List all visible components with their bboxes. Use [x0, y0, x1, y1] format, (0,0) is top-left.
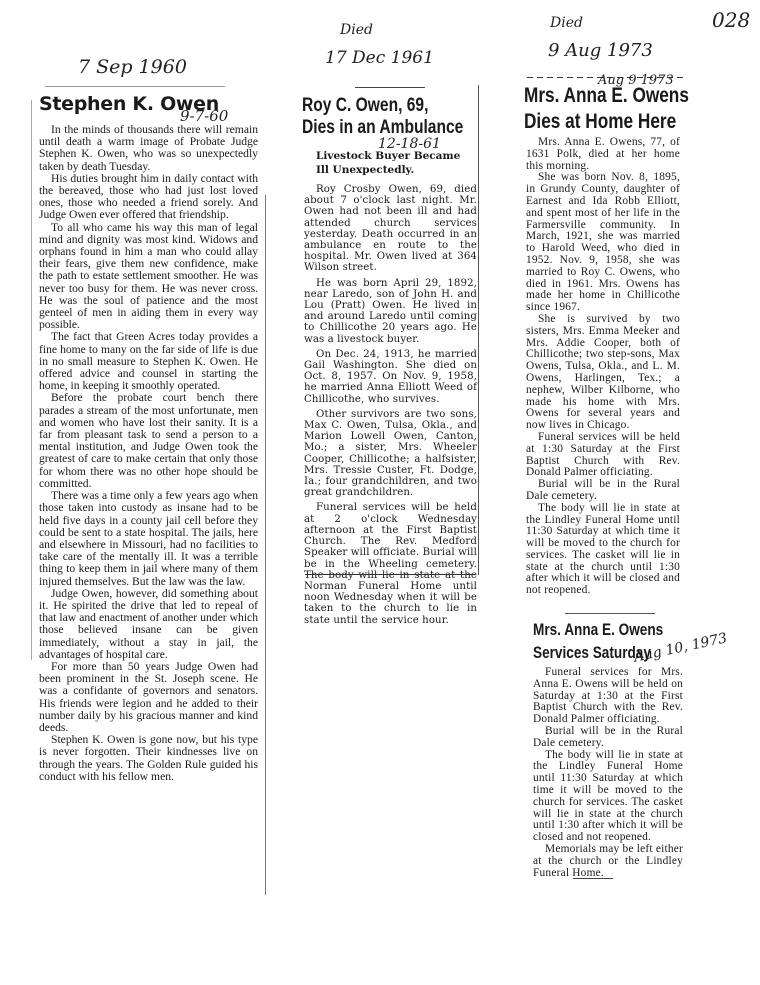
paragraph: Funeral services will be held at 1:30 Sa…	[526, 432, 680, 479]
clipping-border-left	[31, 100, 32, 660]
handwritten-date: 17 Dec 1961	[325, 48, 434, 68]
article-body: In the minds of thousands there will rem…	[39, 124, 258, 783]
headline-line1: Mrs. Anna E. Owens	[533, 620, 663, 640]
paragraph: The body will lie in state at the Lindle…	[526, 503, 680, 597]
headline-line2: Dies at Home Here	[524, 110, 676, 134]
paragraph: Funeral services will be held at 2 o'clo…	[304, 502, 477, 625]
clipping-top-rule	[45, 86, 225, 87]
headline-line1: Mrs. Anna E. Owens	[524, 84, 689, 108]
handwritten-note: Died	[550, 15, 583, 31]
paragraph: Stephen K. Owen is gone now, but his typ…	[39, 734, 258, 783]
paragraph: She is survived by two sisters, Mrs. Emm…	[526, 314, 680, 432]
article-body: Roy Crosby Owen, 69, died about 7 o'cloc…	[304, 184, 477, 626]
clipping-border-right	[478, 85, 479, 575]
paragraph: Burial will be in the Rural Dale cemeter…	[533, 726, 683, 750]
paragraph: Roy Crosby Owen, 69, died about 7 o'cloc…	[304, 184, 477, 274]
paragraph: The body will lie in state at the Lindle…	[533, 750, 683, 844]
paragraph: In the minds of thousands there will rem…	[39, 124, 258, 173]
handwritten-note: Died	[340, 22, 373, 38]
paragraph: For more than 50 years Judge Owen had be…	[39, 661, 258, 734]
headline-line1: Roy C. Owen, 69,	[302, 95, 428, 117]
clipping-border-right	[265, 195, 266, 895]
paragraph: He was born April 29, 1892, near Laredo,…	[304, 278, 477, 345]
clipping-bottom-rule	[573, 878, 613, 879]
paragraph: To all who came his way this man of lega…	[39, 222, 258, 332]
paragraph: On Dec. 24, 1913, he married Gail Washin…	[304, 349, 477, 405]
subheadline-line2: Ill Unexpectedly.	[316, 162, 414, 178]
article-body: Funeral services for Mrs. Anna E. Owens …	[533, 667, 683, 879]
paragraph: Memorials may be left either at the chur…	[533, 844, 683, 879]
clipping-top-rule	[565, 613, 655, 614]
paragraph: Mrs. Anna E. Owens, 77, of 1631 Polk, di…	[526, 137, 680, 172]
paragraph: There was a time only a few years ago wh…	[39, 490, 258, 588]
article-body: Mrs. Anna E. Owens, 77, of 1631 Polk, di…	[526, 137, 680, 597]
paragraph: Judge Owen, however, did something about…	[39, 588, 258, 661]
paragraph: Before the probate court bench there par…	[39, 392, 258, 490]
paragraph: Other survivors are two sons, Max C. Owe…	[304, 409, 477, 499]
paragraph: His duties brought him in daily contact …	[39, 173, 258, 222]
clipping-top-rule	[355, 87, 425, 88]
paragraph: Funeral services for Mrs. Anna E. Owens …	[533, 667, 683, 726]
paragraph: She was born Nov. 8, 1895, in Grundy Cou…	[526, 172, 680, 314]
handwritten-date: 7 Sep 1960	[78, 56, 187, 78]
paragraph: Burial will be in the Rural Dale cemeter…	[526, 479, 680, 503]
paragraph: The fact that Green Acres today provides…	[39, 331, 258, 392]
clipping-bottom-rule	[305, 574, 475, 575]
page-number: 028	[712, 8, 750, 32]
handwritten-date: 9 Aug 1973	[548, 40, 653, 61]
